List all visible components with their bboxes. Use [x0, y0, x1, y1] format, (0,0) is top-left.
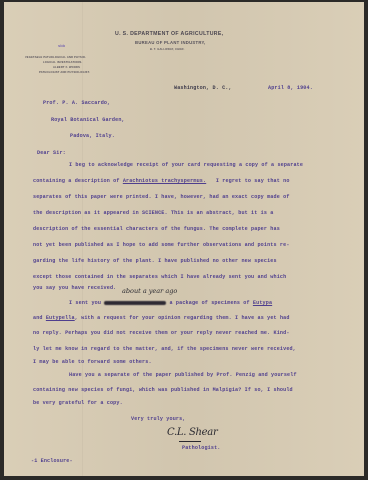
- body-text: containing a description of: [33, 178, 120, 184]
- body-line: I beg to acknowledge receipt of your car…: [69, 162, 303, 168]
- signature-underline: [179, 441, 201, 442]
- body-line: garding the life history of the plant. I…: [33, 258, 277, 264]
- body-text: a package of specimens of: [170, 300, 250, 306]
- species-name-arachniotus: Arachniotus trachyspermus.: [123, 178, 206, 184]
- body-line: description of the essential characters …: [33, 226, 280, 232]
- office-stamp: sbb: [58, 43, 65, 48]
- body-text: and: [33, 315, 43, 321]
- body-line: containing new species of fungi, which w…: [33, 387, 293, 393]
- dateline-place: Washington, D. C.,: [174, 85, 232, 91]
- body-text: I sent you: [69, 300, 101, 306]
- body-line: I sent you a package of specimens of Eut…: [69, 300, 272, 306]
- division-title: PATHOLOGIST AND PHYSIOLOGIST.: [39, 71, 90, 74]
- letter-page: U. S. DEPARTMENT OF AGRICULTURE, BUREAU …: [4, 2, 364, 476]
- recipient-institution: Royal Botanical Garden,: [51, 117, 125, 123]
- struck-out-text: [104, 301, 166, 305]
- body-line: I may be able to forward some others.: [33, 359, 152, 365]
- body-line: separates of this paper were printed. I …: [33, 194, 290, 200]
- division-line-1: VEGETABLE PATHOLOGICAL AND PHYSIO-: [25, 56, 86, 59]
- body-line: you say you have received.: [33, 285, 116, 291]
- body-line: no reply. Perhaps you did not receive th…: [33, 330, 290, 336]
- enclosure-note: -1 Enclosure-: [31, 458, 73, 464]
- signer-title: Pathologist.: [182, 445, 220, 451]
- body-line: except those contained in the separates …: [33, 274, 286, 280]
- body-text: , with a request for your opinion regard…: [75, 315, 290, 321]
- body-text: I regret to say that no: [216, 178, 290, 184]
- body-line: ly let me know in regard to the matter, …: [33, 346, 296, 352]
- body-line: be very grateful for a copy.: [33, 400, 123, 406]
- division-line-2: LOGICAL INVESTIGATIONS.: [43, 61, 82, 64]
- body-line: not yet been published as I hope to add …: [33, 242, 290, 248]
- body-line: containing a description of Arachniotus …: [33, 178, 290, 184]
- handwritten-insertion: about a year ago: [122, 287, 177, 295]
- division-head: ALBERT F. WOODS: [53, 66, 80, 69]
- body-line: and Eutypella, with a request for your o…: [33, 315, 290, 321]
- recipient-city: Padova, Italy.: [70, 133, 115, 139]
- signature: C.L. Shear: [167, 427, 217, 438]
- genus-name-eutypa: Eutypa: [253, 300, 272, 306]
- closing: Very truly yours,: [131, 416, 186, 422]
- letterhead-chief: B. T. GALLOWAY, CHIEF.: [150, 48, 185, 51]
- genus-name-eutypella: Eutypella: [46, 315, 75, 321]
- letterhead-bureau: BUREAU OF PLANT INDUSTRY,: [135, 40, 206, 45]
- letterhead-department: U. S. DEPARTMENT OF AGRICULTURE,: [115, 31, 224, 37]
- recipient-name: Prof. P. A. Saccardo,: [43, 100, 110, 106]
- dateline-date: April 8, 1904.: [268, 85, 313, 91]
- body-line: the description as it appeared in SCIENC…: [33, 210, 274, 216]
- body-line: Have you a separate of the paper publish…: [69, 372, 297, 378]
- salutation: Dear Sir:: [37, 150, 66, 156]
